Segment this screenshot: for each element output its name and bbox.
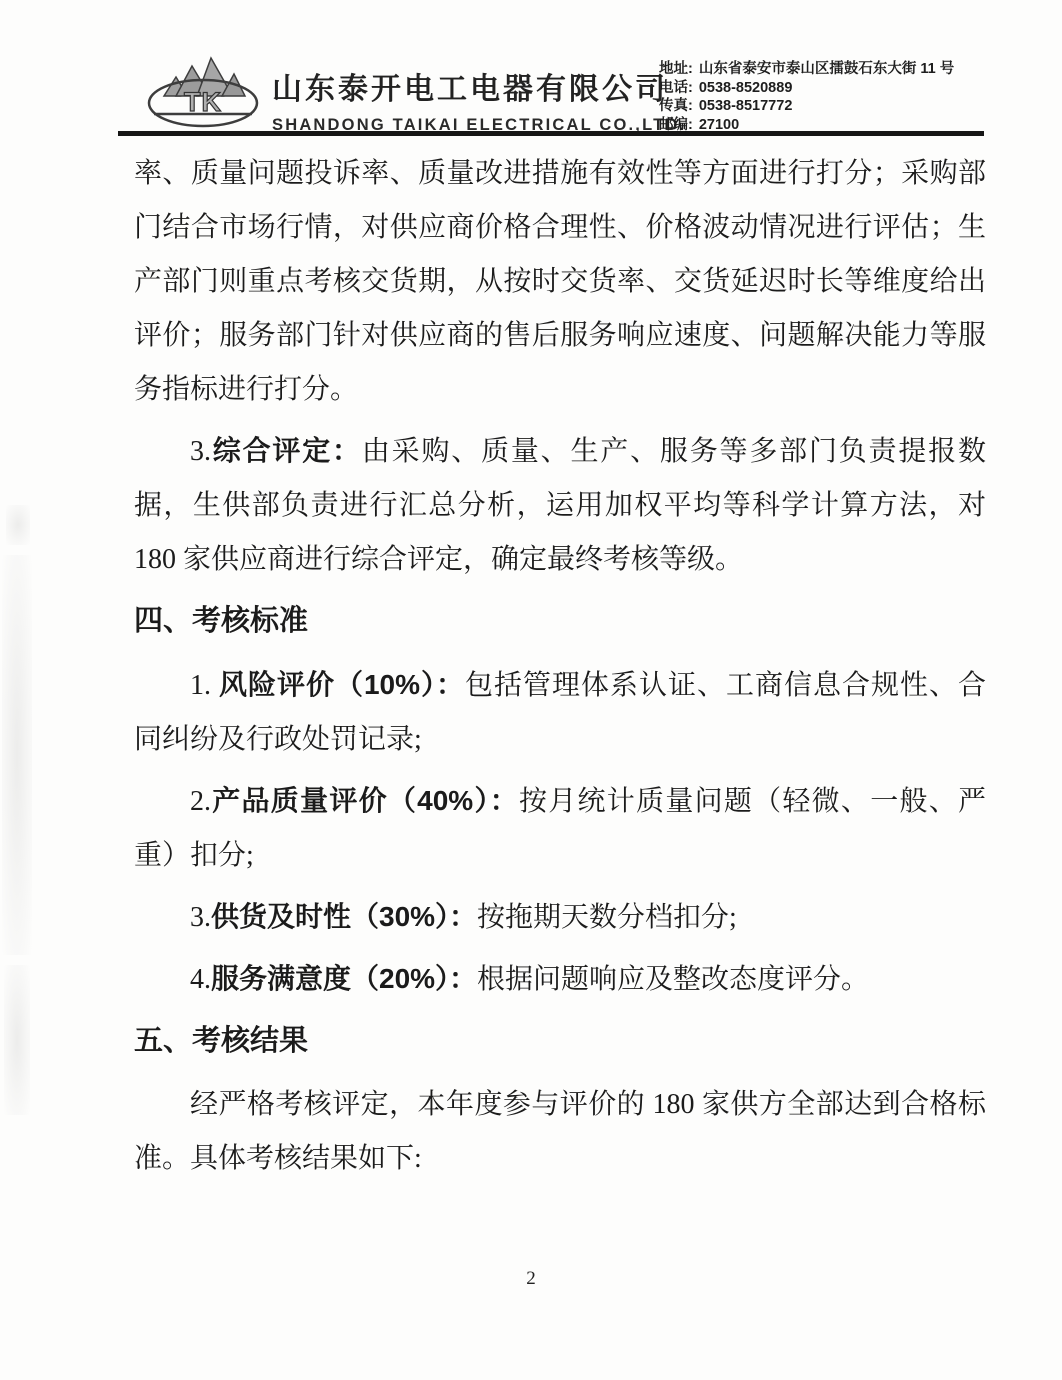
text-run: 2. bbox=[190, 786, 211, 817]
scan-smudge bbox=[6, 505, 30, 545]
page-number: 2 bbox=[526, 1268, 536, 1289]
text-run: 根据问题响应及整改态度评分。 bbox=[477, 964, 869, 995]
contact-info: 地址:山东省泰安市泰山区擂鼓石东大街 11 号 电话:0538-8520889 … bbox=[659, 60, 1049, 134]
scan-smudge bbox=[2, 555, 32, 955]
contact-phone-label: 电话: bbox=[659, 80, 693, 96]
document-page: TK 山东泰开电工电器有限公司 SHANDONG TAIKAI ELECTRIC… bbox=[0, 0, 1062, 1380]
body-paragraph: 4.服务满意度（20%）：根据问题响应及整改态度评分。 bbox=[134, 952, 986, 1007]
svg-text:TK: TK bbox=[184, 87, 222, 117]
document-body: 率、质量问题投诉率、质量改进措施有效性等方面进行打分；采购部门结合市场行情，对供… bbox=[134, 147, 986, 1193]
header-divider bbox=[118, 131, 984, 136]
text-run: 3. bbox=[190, 436, 211, 467]
body-paragraph: 3.综合评定：由采购、质量、生产、服务等多部门负责提报数据，生供部负责进行汇总分… bbox=[134, 424, 986, 587]
text-run: 服务满意度（20%）： bbox=[211, 963, 477, 994]
body-paragraph: 经严格考核评定，本年度参与评价的 180 家供方全部达到合格标准。具体考核结果如… bbox=[134, 1078, 986, 1186]
company-name-cn: 山东泰开电工电器有限公司 bbox=[272, 64, 662, 108]
contact-address: 地址:山东省泰安市泰山区擂鼓石东大街 11 号 bbox=[659, 60, 1049, 79]
contact-phone: 电话:0538-8520889 bbox=[659, 79, 1049, 98]
body-paragraph: 2.产品质量评价（40%）：按月统计质量问题（轻微、一般、严重）扣分; bbox=[134, 774, 986, 883]
contact-phone-value: 0538-8520889 bbox=[699, 80, 793, 96]
company-logo: TK bbox=[142, 52, 264, 136]
body-paragraph: 1. 风险评价（10%）：包括管理体系认证、工商信息合规性、合同纠纷及行政处罚记… bbox=[134, 658, 986, 767]
text-run: 1. bbox=[190, 670, 219, 701]
text-run: 风险评价（10%）： bbox=[219, 669, 465, 700]
contact-address-label: 地址: bbox=[659, 61, 693, 77]
section-heading: 四、考核标准 bbox=[134, 594, 986, 648]
section-heading: 五、考核结果 bbox=[134, 1014, 986, 1068]
text-run: 综合评定： bbox=[211, 435, 362, 466]
contact-fax-label: 传真: bbox=[659, 98, 693, 114]
contact-address-value: 山东省泰安市泰山区擂鼓石东大街 11 号 bbox=[699, 61, 954, 77]
text-run: 3. bbox=[190, 902, 211, 933]
body-paragraph: 3.供货及时性（30%）：按拖期天数分档扣分; bbox=[134, 890, 986, 945]
text-run: 四、考核标准 bbox=[134, 605, 308, 637]
text-run: 率、质量问题投诉率、质量改进措施有效性等方面进行打分；采购部门结合市场行情，对供… bbox=[134, 158, 986, 405]
contact-fax: 传真:0538-8517772 bbox=[659, 97, 1049, 116]
scan-smudge bbox=[4, 965, 30, 1115]
page-footer: 2 bbox=[0, 1268, 1062, 1290]
company-names: 山东泰开电工电器有限公司 SHANDONG TAIKAI ELECTRICAL … bbox=[272, 64, 662, 135]
text-run: 按拖期天数分档扣分; bbox=[477, 902, 737, 933]
text-run: 经严格考核评定，本年度参与评价的 180 家供方全部达到合格标准。具体考核结果如… bbox=[134, 1089, 986, 1174]
text-run: 五、考核结果 bbox=[134, 1025, 308, 1057]
text-run: 4. bbox=[190, 964, 211, 995]
text-run: 供货及时性（30%）： bbox=[211, 901, 477, 932]
body-paragraph: 率、质量问题投诉率、质量改进措施有效性等方面进行打分；采购部门结合市场行情，对供… bbox=[134, 147, 986, 417]
contact-fax-value: 0538-8517772 bbox=[699, 98, 793, 114]
taikai-logo-icon: TK bbox=[142, 52, 264, 136]
text-run: 产品质量评价（40%）： bbox=[211, 785, 519, 816]
